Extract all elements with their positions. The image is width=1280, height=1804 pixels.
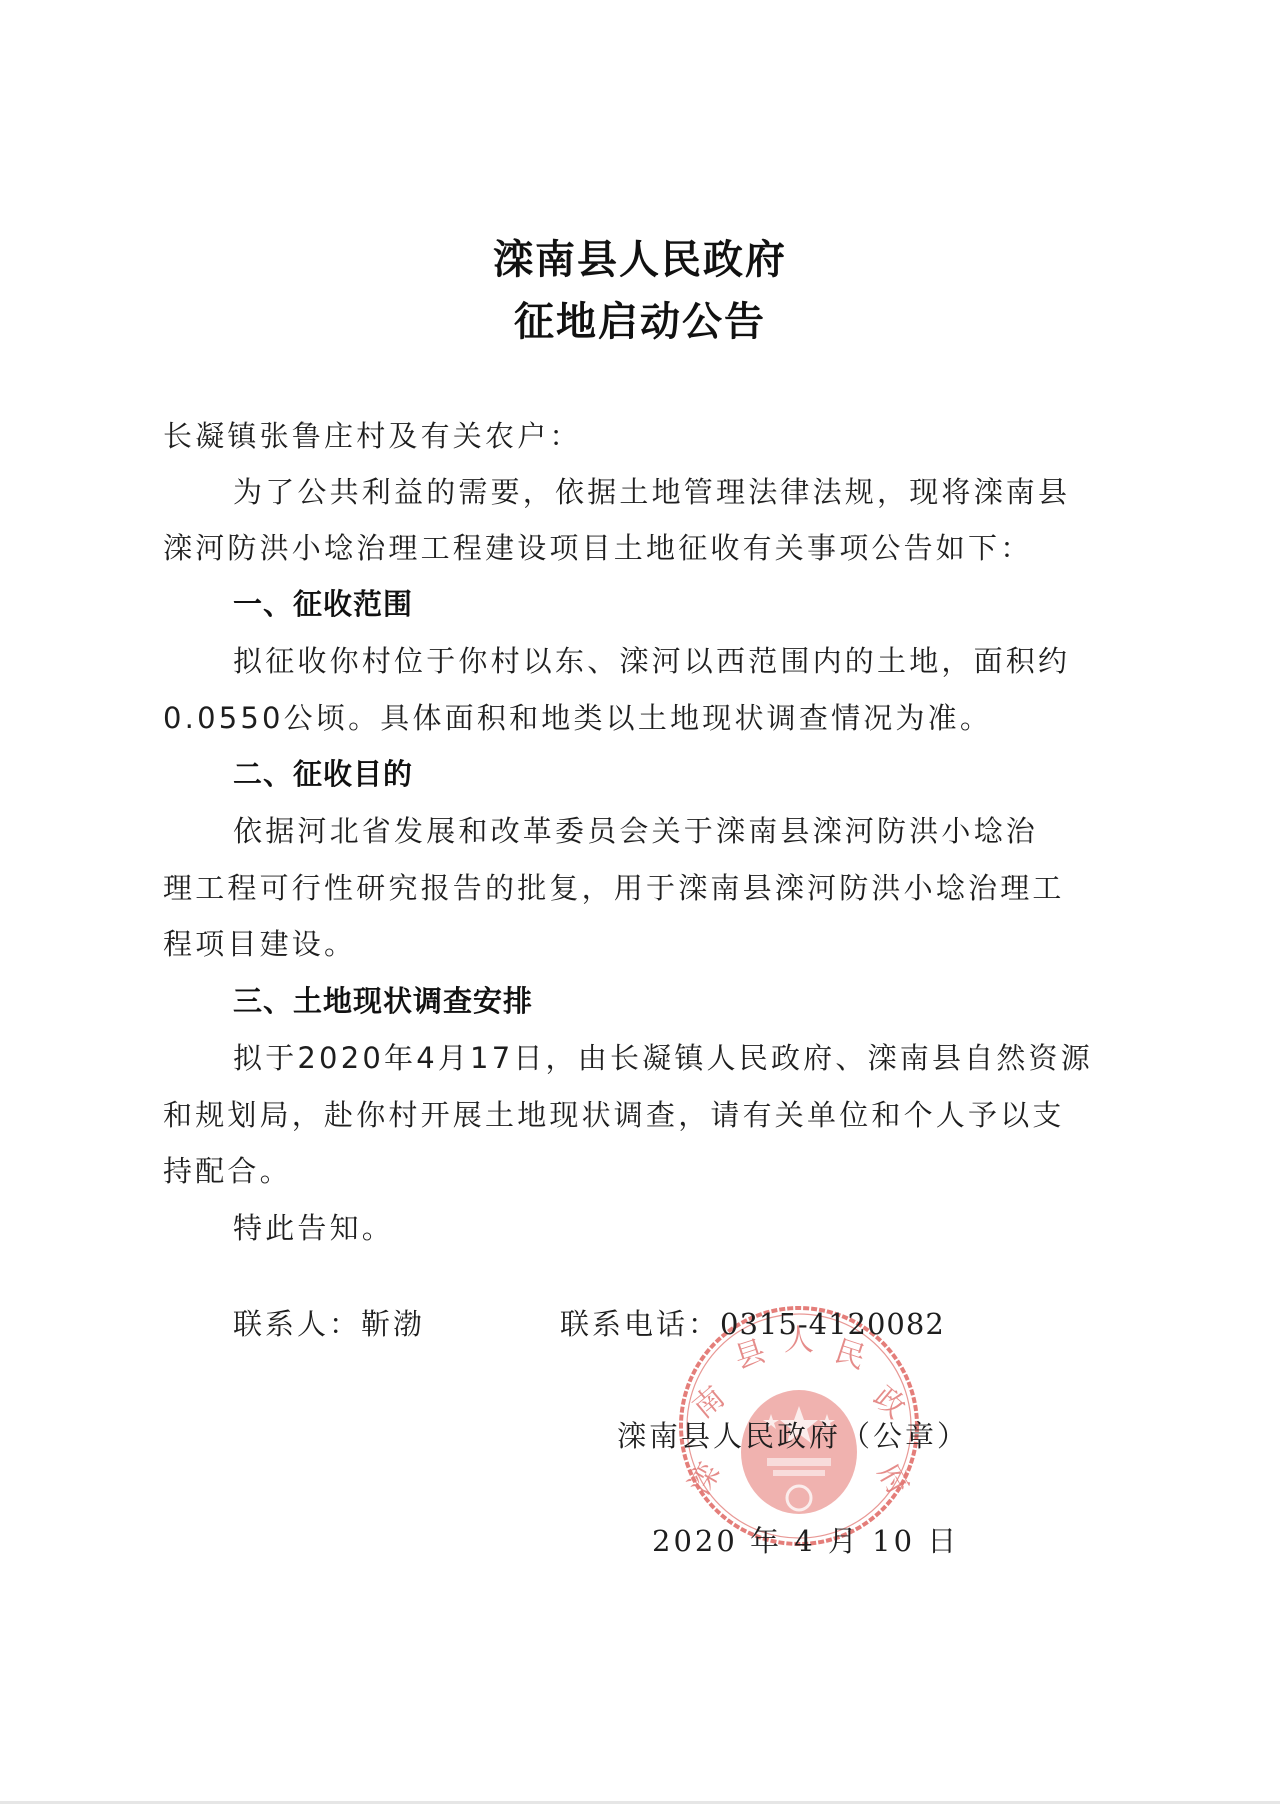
intro-line-1: 为了公共利益的需要，依据土地管理法律法规，现将滦南县 — [233, 474, 1070, 510]
contact-phone-number: 0315-4120082 — [720, 1307, 945, 1341]
contact-person-name: 靳渤 — [361, 1307, 425, 1341]
section-2-line-3: 程项目建设。 — [163, 926, 356, 962]
intro-line-2: 滦河防洪小埝治理工程建设项目土地征收有关事项公告如下： — [163, 530, 1032, 566]
contact-person-label: 联系人： — [233, 1307, 361, 1341]
section-1-heading: 一、征收范围 — [233, 586, 413, 622]
section-1-line-1: 拟征收你村位于你村以东、滦河以西范围内的土地，面积约 — [233, 643, 1070, 679]
svg-text:府: 府 — [871, 1458, 916, 1501]
section-3-heading: 三、土地现状调查安排 — [233, 983, 533, 1019]
issuer-signature: 滦南县人民政府（公章） — [617, 1418, 969, 1454]
section-3-line-1: 拟于2020年4月17日，由长凝镇人民政府、滦南县自然资源 — [233, 1040, 1093, 1076]
section-2-line-2: 理工程可行性研究报告的批复，用于滦南县滦河防洪小埝治理工 — [163, 870, 1065, 906]
issue-date: 2020 年 4 月 10 日 — [652, 1523, 959, 1559]
document-page: 滦南县人民政府 征地启动公告 长凝镇张鲁庄村及有关农户： 为了公共利益的需要，依… — [0, 0, 1280, 1804]
section-3-line-2: 和规划局，赴你村开展土地现状调查，请有关单位和个人予以支 — [163, 1097, 1065, 1133]
section-3-line-3: 持配合。 — [163, 1153, 292, 1189]
section-1-line-2: 0.0550公顷。具体面积和地类以土地现状调查情况为准。 — [163, 700, 992, 736]
contact-phone-label: 联系电话： — [560, 1307, 720, 1341]
closing-text: 特此告知。 — [233, 1210, 394, 1246]
document-title-line2: 征地启动公告 — [0, 290, 1280, 347]
section-2-heading: 二、征收目的 — [233, 756, 413, 792]
document-title-line1: 滦南县人民政府 — [0, 228, 1280, 285]
section-2-line-1: 依据河北省发展和改革委员会关于滦南县滦河防洪小埝治 — [233, 813, 1038, 849]
contact-phone: 联系电话：0315-4120082 — [560, 1306, 945, 1342]
salutation: 长凝镇张鲁庄村及有关农户： — [163, 418, 582, 454]
contact-person: 联系人：靳渤 — [233, 1306, 425, 1342]
